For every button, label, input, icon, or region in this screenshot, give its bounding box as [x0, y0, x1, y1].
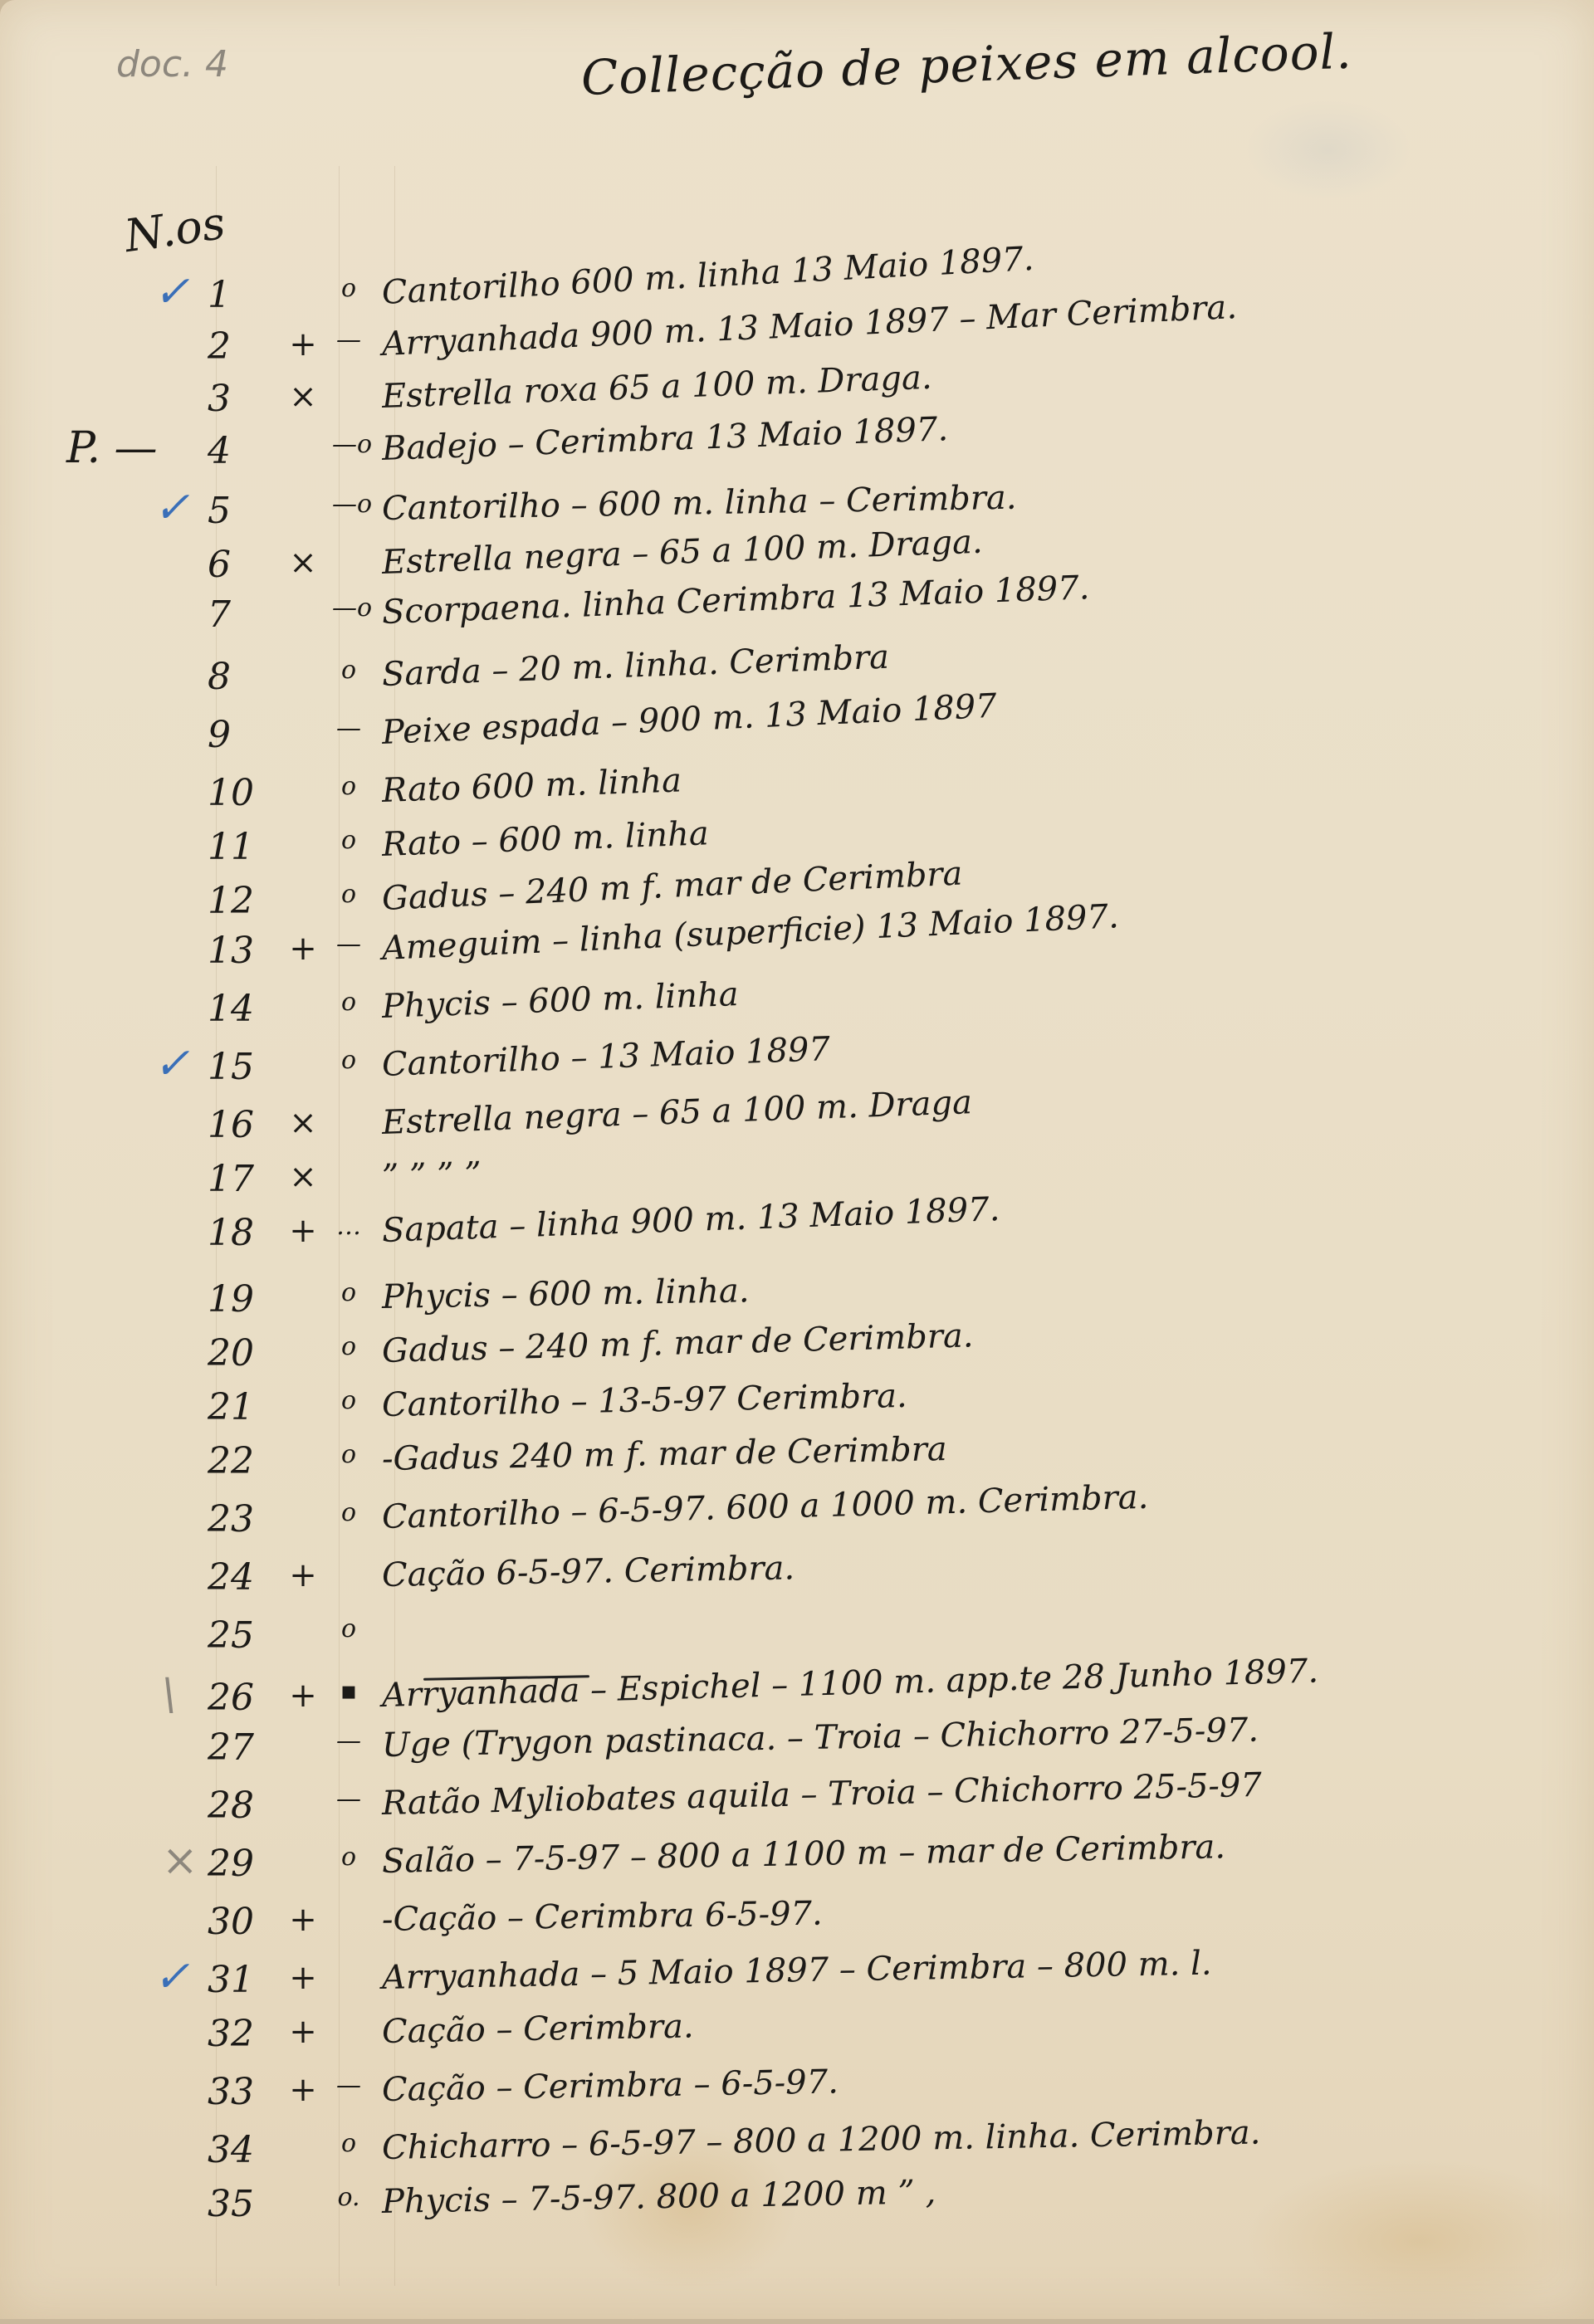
bullet-mark-icon: o — [332, 1614, 365, 1643]
margin-note: \ — [162, 1670, 177, 1720]
bullet-mark-icon: o — [332, 1843, 365, 1872]
catalogue-entry: 9—Peixe espada – 900 m. 13 Maio 1897 — [0, 714, 1594, 764]
catalogue-entry: 10oRato 600 m. linha — [0, 772, 1594, 822]
check-mark-icon: ✓ — [154, 267, 190, 317]
bullet-mark-icon: o — [332, 880, 365, 909]
bullet-mark-icon: o — [332, 988, 365, 1017]
status-mark-icon: × — [274, 1104, 332, 1142]
entry-number: 6 — [208, 544, 274, 586]
entry-number: 20 — [208, 1332, 274, 1374]
entry-number: 35 — [208, 2183, 274, 2225]
entry-number: 34 — [208, 2129, 274, 2171]
catalogue-entry: 33+—Cação – Cerimbra – 6-5-97. — [0, 2071, 1594, 2121]
catalogue-entry: 22o-Gadus 240 m f. mar de Cerimbra — [0, 1440, 1594, 1490]
entry-description: Cantorilho – 13 Maio 1897 — [381, 1030, 830, 1084]
entry-description: Phycis – 7-5-97. 800 a 1200 m ” , — [382, 2173, 936, 2221]
entry-number: 21 — [208, 1386, 274, 1428]
bullet-mark-icon: —o — [332, 430, 365, 459]
status-mark-icon: + — [274, 325, 332, 364]
entry-number: 12 — [208, 880, 274, 922]
entry-description: Cação – Cerimbra. — [382, 2007, 694, 2051]
entry-number: 1 — [208, 274, 274, 316]
entry-description: Cantorilho – 600 m. linha – Cerimbra. — [382, 479, 1017, 528]
bullet-mark-icon: o — [332, 2129, 365, 2158]
entry-number: 22 — [208, 1440, 274, 1482]
catalogue-entry: 14oPhycis – 600 m. linha — [0, 988, 1594, 1037]
status-mark-icon: × — [274, 1158, 332, 1196]
entry-description: Cação – Cerimbra – 6-5-97. — [382, 2063, 839, 2109]
catalogue-entry: ✓31+Arryanhada – 5 Maio 1897 – Cerimbra … — [0, 1959, 1594, 2009]
catalogue-entry: 13+—Ameguim – linha (superficie) 13 Maio… — [0, 930, 1594, 979]
bullet-mark-icon: o — [332, 772, 365, 801]
entry-number: 4 — [208, 430, 274, 472]
bullet-mark-icon: — — [332, 714, 365, 743]
status-mark-icon: + — [274, 930, 332, 968]
bullet-mark-icon: o — [332, 1386, 365, 1415]
status-mark-icon: + — [274, 2071, 332, 2109]
entry-description: Salão – 7-5-97 – 800 a 1100 m – mar de C… — [382, 1828, 1226, 1881]
status-mark-icon: + — [274, 1677, 332, 1715]
bullet-mark-icon: — — [332, 325, 365, 354]
catalogue-entry: 18+…Sapata – linha 900 m. 13 Maio 1897. — [0, 1212, 1594, 1262]
bullet-mark-icon: ▪ — [332, 1677, 365, 1706]
margin-note: P. — — [66, 423, 158, 473]
entry-number: 17 — [208, 1158, 274, 1200]
entry-number: 33 — [208, 2071, 274, 2113]
catalogue-entry: 20oGadus – 240 m f. mar de Cerimbra. — [0, 1332, 1594, 1382]
bullet-mark-icon: o — [332, 1440, 365, 1469]
catalogue-entry: 24+Cação 6-5-97. Cerimbra. — [0, 1556, 1594, 1606]
status-mark-icon: + — [274, 1556, 332, 1594]
bullet-mark-icon: o — [332, 1332, 365, 1361]
catalogue-entry: 32+Cação – Cerimbra. — [0, 2013, 1594, 2063]
entry-description: Phycis – 600 m. linha — [381, 975, 739, 1026]
bullet-mark-icon: — — [332, 930, 365, 959]
bullet-mark-icon: o — [332, 656, 365, 685]
check-mark-icon: ✓ — [154, 1039, 190, 1089]
catalogue-entry: 27—Uge (Trygon pastinaca. – Troia – Chic… — [0, 1726, 1594, 1776]
bullet-mark-icon: o — [332, 1498, 365, 1527]
status-mark-icon: + — [274, 1959, 332, 1997]
entry-description: Sarda – 20 m. linha. Cerimbra — [381, 638, 890, 694]
page-title: Collecção de peixes em alcool. — [580, 23, 1353, 106]
entry-number: 13 — [208, 930, 274, 972]
entry-description: Cação 6-5-97. Cerimbra. — [382, 1549, 795, 1594]
entry-number: 8 — [208, 656, 274, 698]
entry-number: 28 — [208, 1784, 274, 1827]
status-mark-icon: × — [274, 378, 332, 416]
entry-number: 3 — [208, 378, 274, 420]
faint-stamp — [1245, 100, 1411, 199]
entry-number: 31 — [208, 1959, 274, 2001]
entry-description: ” ” ” ” — [381, 1155, 482, 1196]
entry-description: Rato – 600 m. linha — [381, 814, 709, 864]
status-mark-icon: + — [274, 1212, 332, 1250]
bullet-mark-icon: o — [332, 1046, 365, 1075]
catalogue-entry: 25o — [0, 1614, 1594, 1664]
entry-description: Cantorilho – 13-5-97 Cerimbra. — [382, 1377, 907, 1424]
catalogue-entry: ×29oSalão – 7-5-97 – 800 a 1100 m – mar … — [0, 1843, 1594, 1892]
column-header-numbers: N.os — [121, 197, 228, 262]
entry-number: 7 — [208, 593, 274, 636]
catalogue-entry: 34oChicharro – 6-5-97 – 800 a 1200 m. li… — [0, 2129, 1594, 2179]
entry-number: 26 — [208, 1677, 274, 1719]
entry-description: -Gadus 240 m f. mar de Cerimbra — [382, 1430, 947, 1478]
entry-number: 24 — [208, 1556, 274, 1599]
catalogue-entry: 28—Ratão Myliobates aquila – Troia – Chi… — [0, 1784, 1594, 1834]
bullet-mark-icon: —o — [332, 593, 365, 622]
bullet-mark-icon: … — [332, 1212, 365, 1241]
status-mark-icon: × — [274, 544, 332, 582]
entry-number: 25 — [208, 1614, 274, 1657]
bullet-mark-icon: o — [332, 826, 365, 855]
entry-number: 30 — [208, 1901, 274, 1943]
catalogue-entry: 7—oScorpaena. linha Cerimbra 13 Maio 189… — [0, 593, 1594, 643]
bullet-mark-icon: o. — [332, 2183, 365, 2212]
entry-number: 10 — [208, 772, 274, 814]
status-mark-icon: + — [274, 1901, 332, 1939]
catalogue-entry: 30+-Cação – Cerimbra 6-5-97. — [0, 1901, 1594, 1950]
entry-number: 19 — [208, 1278, 274, 1321]
document-reference: doc. 4 — [116, 43, 228, 85]
bullet-mark-icon: —o — [332, 490, 365, 519]
entry-number: 15 — [208, 1046, 274, 1088]
entry-number: 32 — [208, 2013, 274, 2055]
entry-description: Phycis – 600 m. linha. — [382, 1272, 750, 1316]
bullet-mark-icon: — — [332, 1784, 365, 1814]
entry-number: 23 — [208, 1498, 274, 1540]
entry-number: 9 — [208, 714, 274, 756]
catalogue-entry: P. —4—oBadejo – Cerimbra 13 Maio 1897. — [0, 430, 1594, 480]
entry-description: Arryanhada – 5 Maio 1897 – Cerimbra – 80… — [382, 1945, 1212, 1997]
margin-note: × — [162, 1836, 198, 1886]
entry-number: 18 — [208, 1212, 274, 1254]
bullet-mark-icon: — — [332, 1726, 365, 1755]
status-mark-icon: + — [274, 2013, 332, 2051]
bullet-mark-icon: o — [332, 274, 365, 303]
entry-number: 2 — [208, 325, 274, 368]
catalogue-entry: 16×Estrella negra – 65 a 100 m. Draga — [0, 1104, 1594, 1154]
check-mark-icon: ✓ — [154, 1952, 190, 2002]
entry-number: 5 — [208, 490, 274, 532]
entry-description: Rato 600 m. linha — [381, 761, 682, 810]
entry-number: 11 — [208, 826, 274, 868]
check-mark-icon: ✓ — [154, 483, 190, 533]
entry-number: 27 — [208, 1726, 274, 1769]
manuscript-page: doc. 4 Collecção de peixes em alcool. N.… — [0, 0, 1594, 2319]
entry-number: 14 — [208, 988, 274, 1030]
catalogue-entry: 21oCantorilho – 13-5-97 Cerimbra. — [0, 1386, 1594, 1436]
catalogue-entry: 35o.Phycis – 7-5-97. 800 a 1200 m ” , — [0, 2183, 1594, 2233]
entry-description: Chicharro – 6-5-97 – 800 a 1200 m. linha… — [382, 2114, 1261, 2167]
entry-number: 29 — [208, 1843, 274, 1885]
catalogue-entry: ✓15oCantorilho – 13 Maio 1897 — [0, 1046, 1594, 1096]
catalogue-entry: 23oCantorilho – 6-5-97. 600 a 1000 m. Ce… — [0, 1498, 1594, 1548]
entry-description: -Cação – Cerimbra 6-5-97. — [382, 1895, 823, 1939]
entry-number: 16 — [208, 1104, 274, 1146]
bullet-mark-icon: o — [332, 1278, 365, 1307]
bullet-mark-icon: — — [332, 2071, 365, 2100]
